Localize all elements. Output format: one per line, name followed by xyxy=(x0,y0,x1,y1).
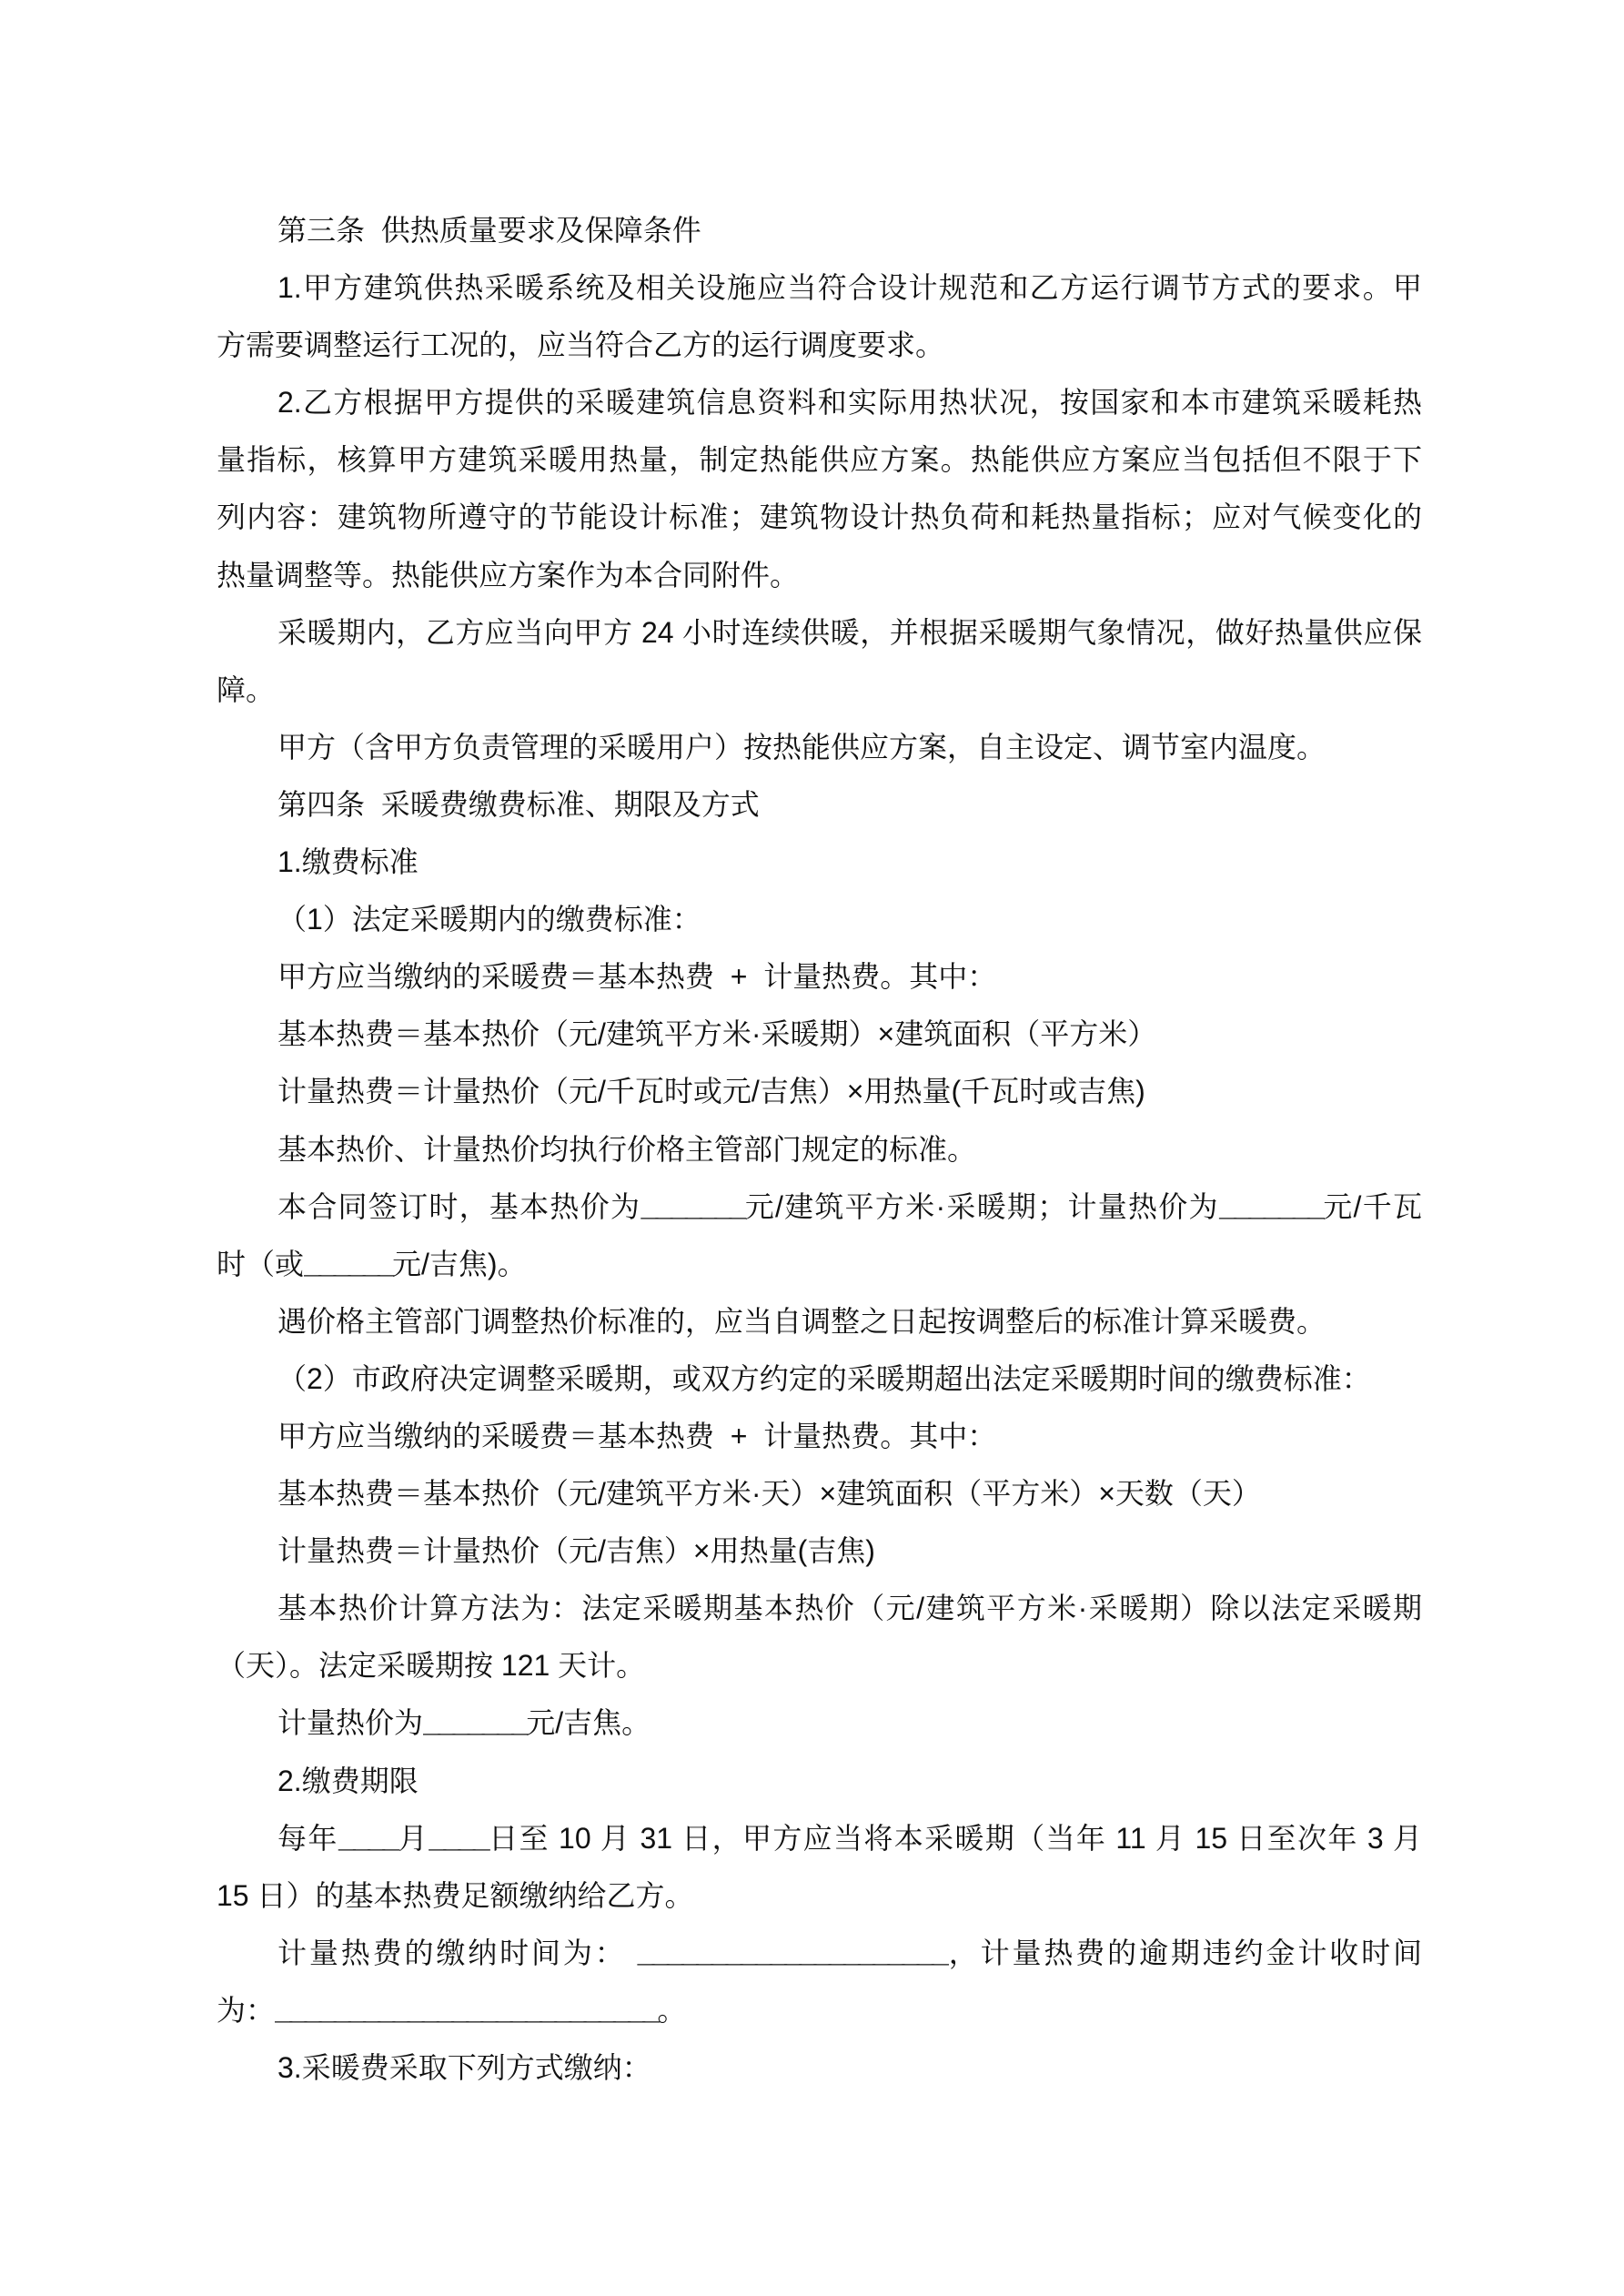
paragraph-line: 方需要调整运行工况的，应当符合乙方的运行调度要求。 xyxy=(217,317,1422,374)
blank-metered-payment-time: _____________________ xyxy=(637,1931,945,1966)
blank-metered-price: _______ xyxy=(1219,1185,1322,1219)
paragraph-line: 1.甲方建筑供热采暖系统及相关设施应当符合设计规范和乙方运行调节方式的要求。甲 xyxy=(217,259,1422,317)
text-segment: 元/吉焦。 xyxy=(526,1706,651,1739)
section-heading-payment-method: 3.采暖费采取下列方式缴纳： xyxy=(217,2039,1422,2097)
price-at-signing-line: 时（或______元/吉焦)。 xyxy=(217,1236,1422,1293)
basic-fee-deadline-line: 每年____月____日至 10 月 31 日，甲方应当将本采暖期（当年 11 … xyxy=(217,1810,1422,1867)
paragraph-line: 甲方（含甲方负责管理的采暖用户）按热能供应方案，自主设定、调节室内温度。 xyxy=(217,719,1422,776)
blank-metered-price: _______ xyxy=(423,1702,526,1736)
paragraph-line: 障。 xyxy=(217,662,1422,719)
formula-metered-fee: 计量热费＝计量热价（元/吉焦）×用热量(吉焦) xyxy=(217,1522,1422,1580)
formula-metered-fee: 计量热费＝计量热价（元/千瓦时或元/吉焦）×用热量(千瓦时或吉焦) xyxy=(217,1063,1422,1120)
paragraph-line: 热量调整等。热能供应方案作为本合同附件。 xyxy=(217,547,1422,604)
formula-total-fee: 甲方应当缴纳的采暖费＝基本热费 + 计量热费。其中： xyxy=(217,948,1422,1006)
document-page: 第三条 供热质量要求及保障条件 1.甲方建筑供热采暖系统及相关设施应当符合设计规… xyxy=(0,0,1624,2296)
text-segment: 本合同签订时，基本热价为 xyxy=(277,1190,641,1223)
text-segment: 日至 10 月 31 日，甲方应当将本采暖期（当年 11 月 15 日至次年 3… xyxy=(488,1822,1422,1855)
metered-fee-deadline-line: 为：__________________________。 xyxy=(217,1982,1422,2039)
text-segment: 计量热价为 xyxy=(277,1706,423,1739)
blank-basic-price: _______ xyxy=(641,1185,743,1219)
article-4-heading: 第四条 采暖费缴费标准、期限及方式 xyxy=(217,776,1422,834)
subsection-heading-adjusted-period: （2）市政府决定调整采暖期，或双方约定的采暖期超出法定采暖期时间的缴费标准： xyxy=(217,1350,1422,1408)
text-segment: 计量热费的缴纳时间为： xyxy=(277,1937,637,1969)
price-adjustment-note: 遇价格主管部门调整热价标准的，应当自调整之日起按调整后的标准计算采暖费。 xyxy=(217,1293,1422,1350)
subsection-heading-statutory-period: （1）法定采暖期内的缴费标准： xyxy=(217,891,1422,948)
paragraph-line: 2.乙方根据甲方提供的采暖建筑信息资料和实际用热状况，按国家和本市建筑采暖耗热 xyxy=(217,374,1422,431)
text-segment: 元/建筑平方米·采暖期；计量热价为 xyxy=(743,1190,1218,1223)
metered-fee-deadline-line: 计量热费的缴纳时间为： _____________________，计量热费的逾… xyxy=(217,1925,1422,1982)
paragraph-line: 列内容：建筑物所遵守的节能设计标准；建筑物设计热负荷和耗热量指标；应对气候变化的 xyxy=(217,489,1422,546)
section-heading-payment-deadline: 2.缴费期限 xyxy=(217,1753,1422,1810)
formula-basic-fee: 基本热费＝基本热价（元/建筑平方米·采暖期）×建筑面积（平方米） xyxy=(217,1006,1422,1063)
text-segment: 每年 xyxy=(277,1822,338,1855)
price-standard-note: 基本热价、计量热价均执行价格主管部门规定的标准。 xyxy=(217,1121,1422,1178)
metered-price-line: 计量热价为_______元/吉焦。 xyxy=(217,1694,1422,1752)
text-segment: 时（或 xyxy=(217,1248,304,1280)
calc-method-line: 基本热价计算方法为：法定采暖期基本热价（元/建筑平方米·采暖期）除以法定采暖期 xyxy=(217,1580,1422,1637)
price-at-signing-line: 本合同签订时，基本热价为_______元/建筑平方米·采暖期；计量热价为____… xyxy=(217,1178,1422,1236)
text-segment: 为： xyxy=(217,1994,275,2027)
basic-fee-deadline-line: 15 日）的基本热费足额缴纳给乙方。 xyxy=(217,1867,1422,1925)
blank-late-fee-time: __________________________ xyxy=(275,1988,657,2023)
article-3-heading: 第三条 供热质量要求及保障条件 xyxy=(217,202,1422,259)
document-body: 第三条 供热质量要求及保障条件 1.甲方建筑供热采暖系统及相关设施应当符合设计规… xyxy=(217,202,1422,2097)
formula-total-fee: 甲方应当缴纳的采暖费＝基本热费 + 计量热费。其中： xyxy=(217,1408,1422,1465)
calc-method-line: （天）。法定采暖期按 121 天计。 xyxy=(217,1637,1422,1694)
section-heading-fee-standard: 1.缴费标准 xyxy=(217,834,1422,891)
paragraph-line: 采暖期内，乙方应当向甲方 24 小时连续供暖，并根据采暖期气象情况，做好热量供应… xyxy=(217,604,1422,662)
text-segment: 。 xyxy=(657,1994,686,2027)
formula-basic-fee: 基本热费＝基本热价（元/建筑平方米·天）×建筑面积（平方米）×天数（天） xyxy=(217,1465,1422,1522)
blank-gj-price: ______ xyxy=(304,1242,392,1277)
text-segment: 月 xyxy=(397,1822,429,1855)
text-segment: 元/千瓦 xyxy=(1322,1190,1422,1223)
paragraph-line: 量指标，核算甲方建筑采暖用热量，制定热能供应方案。热能供应方案应当包括但不限于下 xyxy=(217,431,1422,489)
text-segment: 元/吉焦)。 xyxy=(392,1248,527,1280)
blank-month: ____ xyxy=(338,1816,398,1851)
text-segment: ，计量热费的逾期违约金计收时间 xyxy=(946,1937,1422,1969)
blank-day: ____ xyxy=(429,1816,488,1851)
